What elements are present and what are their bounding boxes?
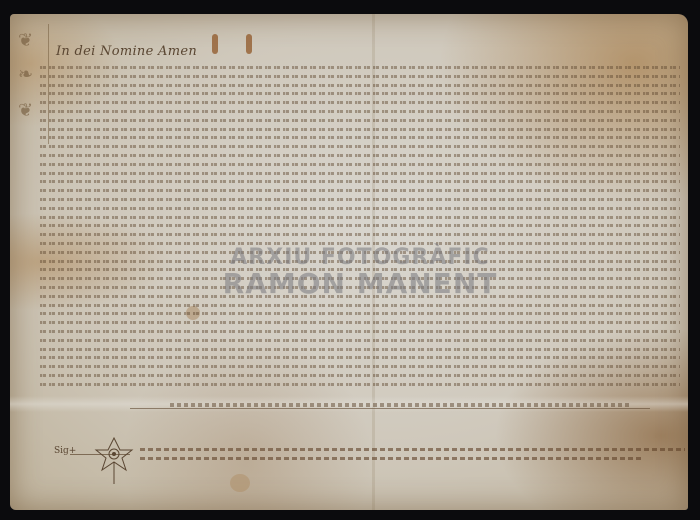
script-lines	[40, 62, 680, 387]
notarial-sign-icon	[94, 436, 134, 486]
water-stain	[230, 474, 250, 492]
watermark-line-2: RAMON MANENT	[210, 269, 510, 298]
watermark: ARXIU FOTOGRÀFIC RAMON MANENT	[210, 246, 510, 298]
photo-stage: ❦ ❧ ❦ In dei Nomine Amen ARXI	[0, 0, 700, 520]
incipit: In dei Nomine Amen	[56, 44, 197, 59]
parchment: ❦ ❧ ❦ In dei Nomine Amen ARXI	[10, 14, 688, 510]
notary-subscription	[140, 448, 685, 466]
watermark-line-1: ARXIU FOTOGRÀFIC	[210, 246, 510, 269]
closing-rule	[130, 408, 650, 409]
closing-text-line	[170, 403, 630, 407]
charter-text-block: In dei Nomine Amen	[40, 42, 680, 394]
